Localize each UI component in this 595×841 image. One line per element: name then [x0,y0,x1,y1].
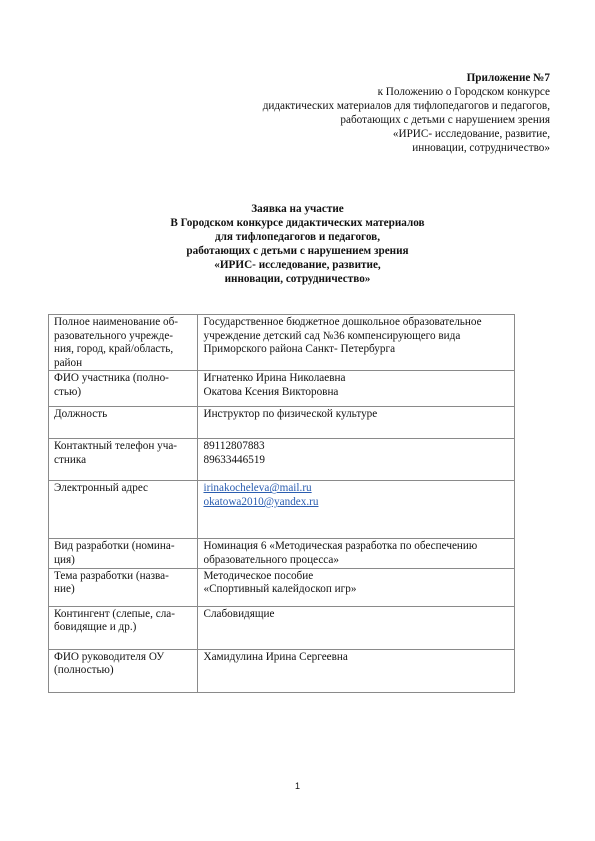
field-label: Вид разработки (номина-ция) [49,539,198,568]
appendix-line: работающих с детьми с нарушением зрения [263,113,550,127]
field-label: ФИО руководителя ОУ(полностью) [49,649,198,692]
table-row: Вид разработки (номина-ция)Номинация 6 «… [49,539,515,568]
heading-line: для тифлопедагогов и педагогов, [0,230,595,244]
field-value-line: Игнатенко Ирина Николаевна [203,372,509,386]
field-value: Игнатенко Ирина НиколаевнаОкатова Ксения… [198,371,515,407]
field-value-line: «Спортивный калейдоскоп игр» [203,583,509,597]
appendix-line: инновации, сотрудничество» [263,141,550,155]
field-value: Методическое пособие«Спортивный калейдос… [198,568,515,606]
field-value: Государственное бюджетное дошкольное обр… [198,315,515,371]
field-value: Хамидулина Ирина Сергеевна [198,649,515,692]
field-label-line: Контингент (слепые, сла- [54,608,192,622]
field-label-line: ние) [54,583,192,597]
field-label-line: ция) [54,554,192,568]
field-label-line: Тема разработки (назва- [54,570,192,584]
table-row: Полное наименование об-разовательного уч… [49,315,515,371]
field-value-line: Приморского района Санкт- Петербурга [203,343,509,357]
appendix-header: Приложение №7 к Положению о Городском ко… [263,71,550,155]
appendix-line: дидактических материалов для тифлопедаго… [263,99,550,113]
field-label-line: Полное наименование об- [54,316,192,330]
heading-line: «ИРИС- исследование, развитие, [0,258,595,272]
field-value-line: учреждение детский сад №36 компенсирующе… [203,330,509,344]
field-label: Должность [49,407,198,439]
field-label-line: стью) [54,386,192,400]
field-label-line: Вид разработки (номина- [54,540,192,554]
email-link[interactable]: irinakocheleva@mail.ru [203,482,509,496]
table-row: Тема разработки (назва-ние)Методическое … [49,568,515,606]
appendix-title: Приложение №7 [263,71,550,85]
field-value-line: Хамидулина Ирина Сергеевна [203,651,509,665]
field-value-line: Методическое пособие [203,570,509,584]
application-heading: Заявка на участие В Городском конкурсе д… [0,202,595,286]
field-label-line: Электронный адрес [54,482,192,496]
email-link[interactable]: okatowa2010@yandex.ru [203,496,509,510]
field-label-line: ФИО участника (полно- [54,372,192,386]
field-label-line: Должность [54,408,192,422]
table-row: ФИО участника (полно-стью)Игнатенко Ирин… [49,371,515,407]
field-value-line: Номинация 6 «Методическая разработка по … [203,540,509,554]
field-value-line: 89112807883 [203,440,509,454]
table-row: ФИО руководителя ОУ(полностью)Хамидулина… [49,649,515,692]
heading-line: инновации, сотрудничество» [0,272,595,286]
field-label-line: ния, город, край/область, [54,343,192,357]
field-label-line: Контактный телефон уча- [54,440,192,454]
field-label: Полное наименование об-разовательного уч… [49,315,198,371]
field-label-line: стника [54,454,192,468]
field-label: Контактный телефон уча-стника [49,439,198,481]
field-label-line: (полностью) [54,664,192,678]
field-label-line: ФИО руководителя ОУ [54,651,192,665]
heading-line: В Городском конкурсе дидактических матер… [0,216,595,230]
field-value-line: Слабовидящие [203,608,509,622]
field-value-line: Инструктор по физической культуре [203,408,509,422]
field-label: Электронный адрес [49,481,198,539]
field-value: Номинация 6 «Методическая разработка по … [198,539,515,568]
field-label: Контингент (слепые, сла-бовидящие и др.) [49,606,198,649]
field-value-line: Государственное бюджетное дошкольное обр… [203,316,509,330]
field-label-line: бовидящие и др.) [54,621,192,635]
table-row: ДолжностьИнструктор по физической культу… [49,407,515,439]
field-label: Тема разработки (назва-ние) [49,568,198,606]
field-value: irinakocheleva@mail.ruokatowa2010@yandex… [198,481,515,539]
table-row: Электронный адресirinakocheleva@mail.ruo… [49,481,515,539]
field-value-line: образовательного процесса» [203,554,509,568]
appendix-line: к Положению о Городском конкурсе [263,85,550,99]
field-label-line: разовательного учрежде- [54,330,192,344]
field-value-line: Окатова Ксения Викторовна [203,386,509,400]
page-number: 1 [0,781,595,791]
table-row: Контактный телефон уча-стника89112807883… [49,439,515,481]
table-row: Контингент (слепые, сла-бовидящие и др.)… [49,606,515,649]
field-label: ФИО участника (полно-стью) [49,371,198,407]
appendix-line: «ИРИС- исследование, развитие, [263,127,550,141]
field-value-line: 89633446519 [203,454,509,468]
application-table: Полное наименование об-разовательного уч… [48,314,515,693]
field-value: 8911280788389633446519 [198,439,515,481]
field-value: Инструктор по физической культуре [198,407,515,439]
field-label-line: район [54,357,192,371]
heading-line: работающих с детьми с нарушением зрения [0,244,595,258]
heading-line: Заявка на участие [0,202,595,216]
field-value: Слабовидящие [198,606,515,649]
